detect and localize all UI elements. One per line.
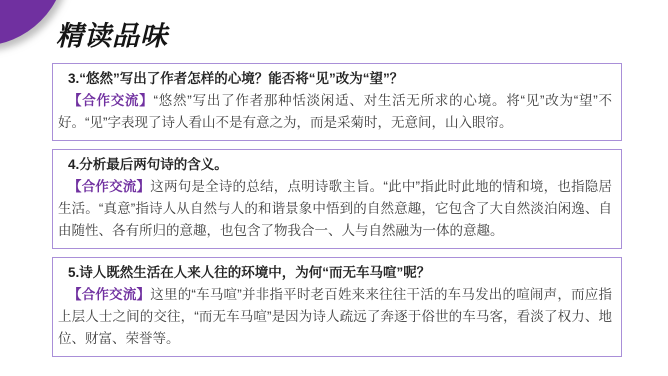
collaboration-label: 【合作交流】: [68, 179, 150, 194]
qa-box-5: 5.诗人既然生活在人来人往的环境中，为何“而无车马喧”呢？ 【合作交流】这里的“…: [52, 257, 622, 357]
qa-box-4: 4.分析最后两句诗的含义。 【合作交流】这两句是全诗的总结，点明诗歌主旨。“此中…: [52, 149, 622, 249]
question-text: 4.分析最后两句诗的含义。: [58, 154, 612, 176]
slide-canvas: 精读品味 3.“悠然”写出了作者怎样的心境？能否将“见”改为“望”？ 【合作交流…: [0, 0, 668, 376]
question-text: 5.诗人既然生活在人来人往的环境中，为何“而无车马喧”呢？: [58, 262, 612, 284]
collaboration-label: 【合作交流】: [68, 287, 150, 302]
collaboration-label: 【合作交流】: [68, 93, 154, 108]
answer-paragraph: 【合作交流】“悠然”写出了作者那种恬淡闲适、对生活无所求的心境。将“见”改为“望…: [58, 90, 612, 134]
page-title: 精读品味: [56, 14, 168, 53]
question-text: 3.“悠然”写出了作者怎样的心境？能否将“见”改为“望”？: [58, 68, 612, 90]
qa-box-list: 3.“悠然”写出了作者怎样的心境？能否将“见”改为“望”？ 【合作交流】“悠然”…: [52, 63, 622, 357]
qa-box-3: 3.“悠然”写出了作者怎样的心境？能否将“见”改为“望”？ 【合作交流】“悠然”…: [52, 63, 622, 141]
answer-paragraph: 【合作交流】这里的“车马喧”并非指平时老百姓来来往往干活的车马发出的喧闹声，而应…: [58, 284, 612, 350]
answer-paragraph: 【合作交流】这两句是全诗的总结，点明诗歌主旨。“此中”指此时此地的情和境，也指隐…: [58, 176, 612, 242]
